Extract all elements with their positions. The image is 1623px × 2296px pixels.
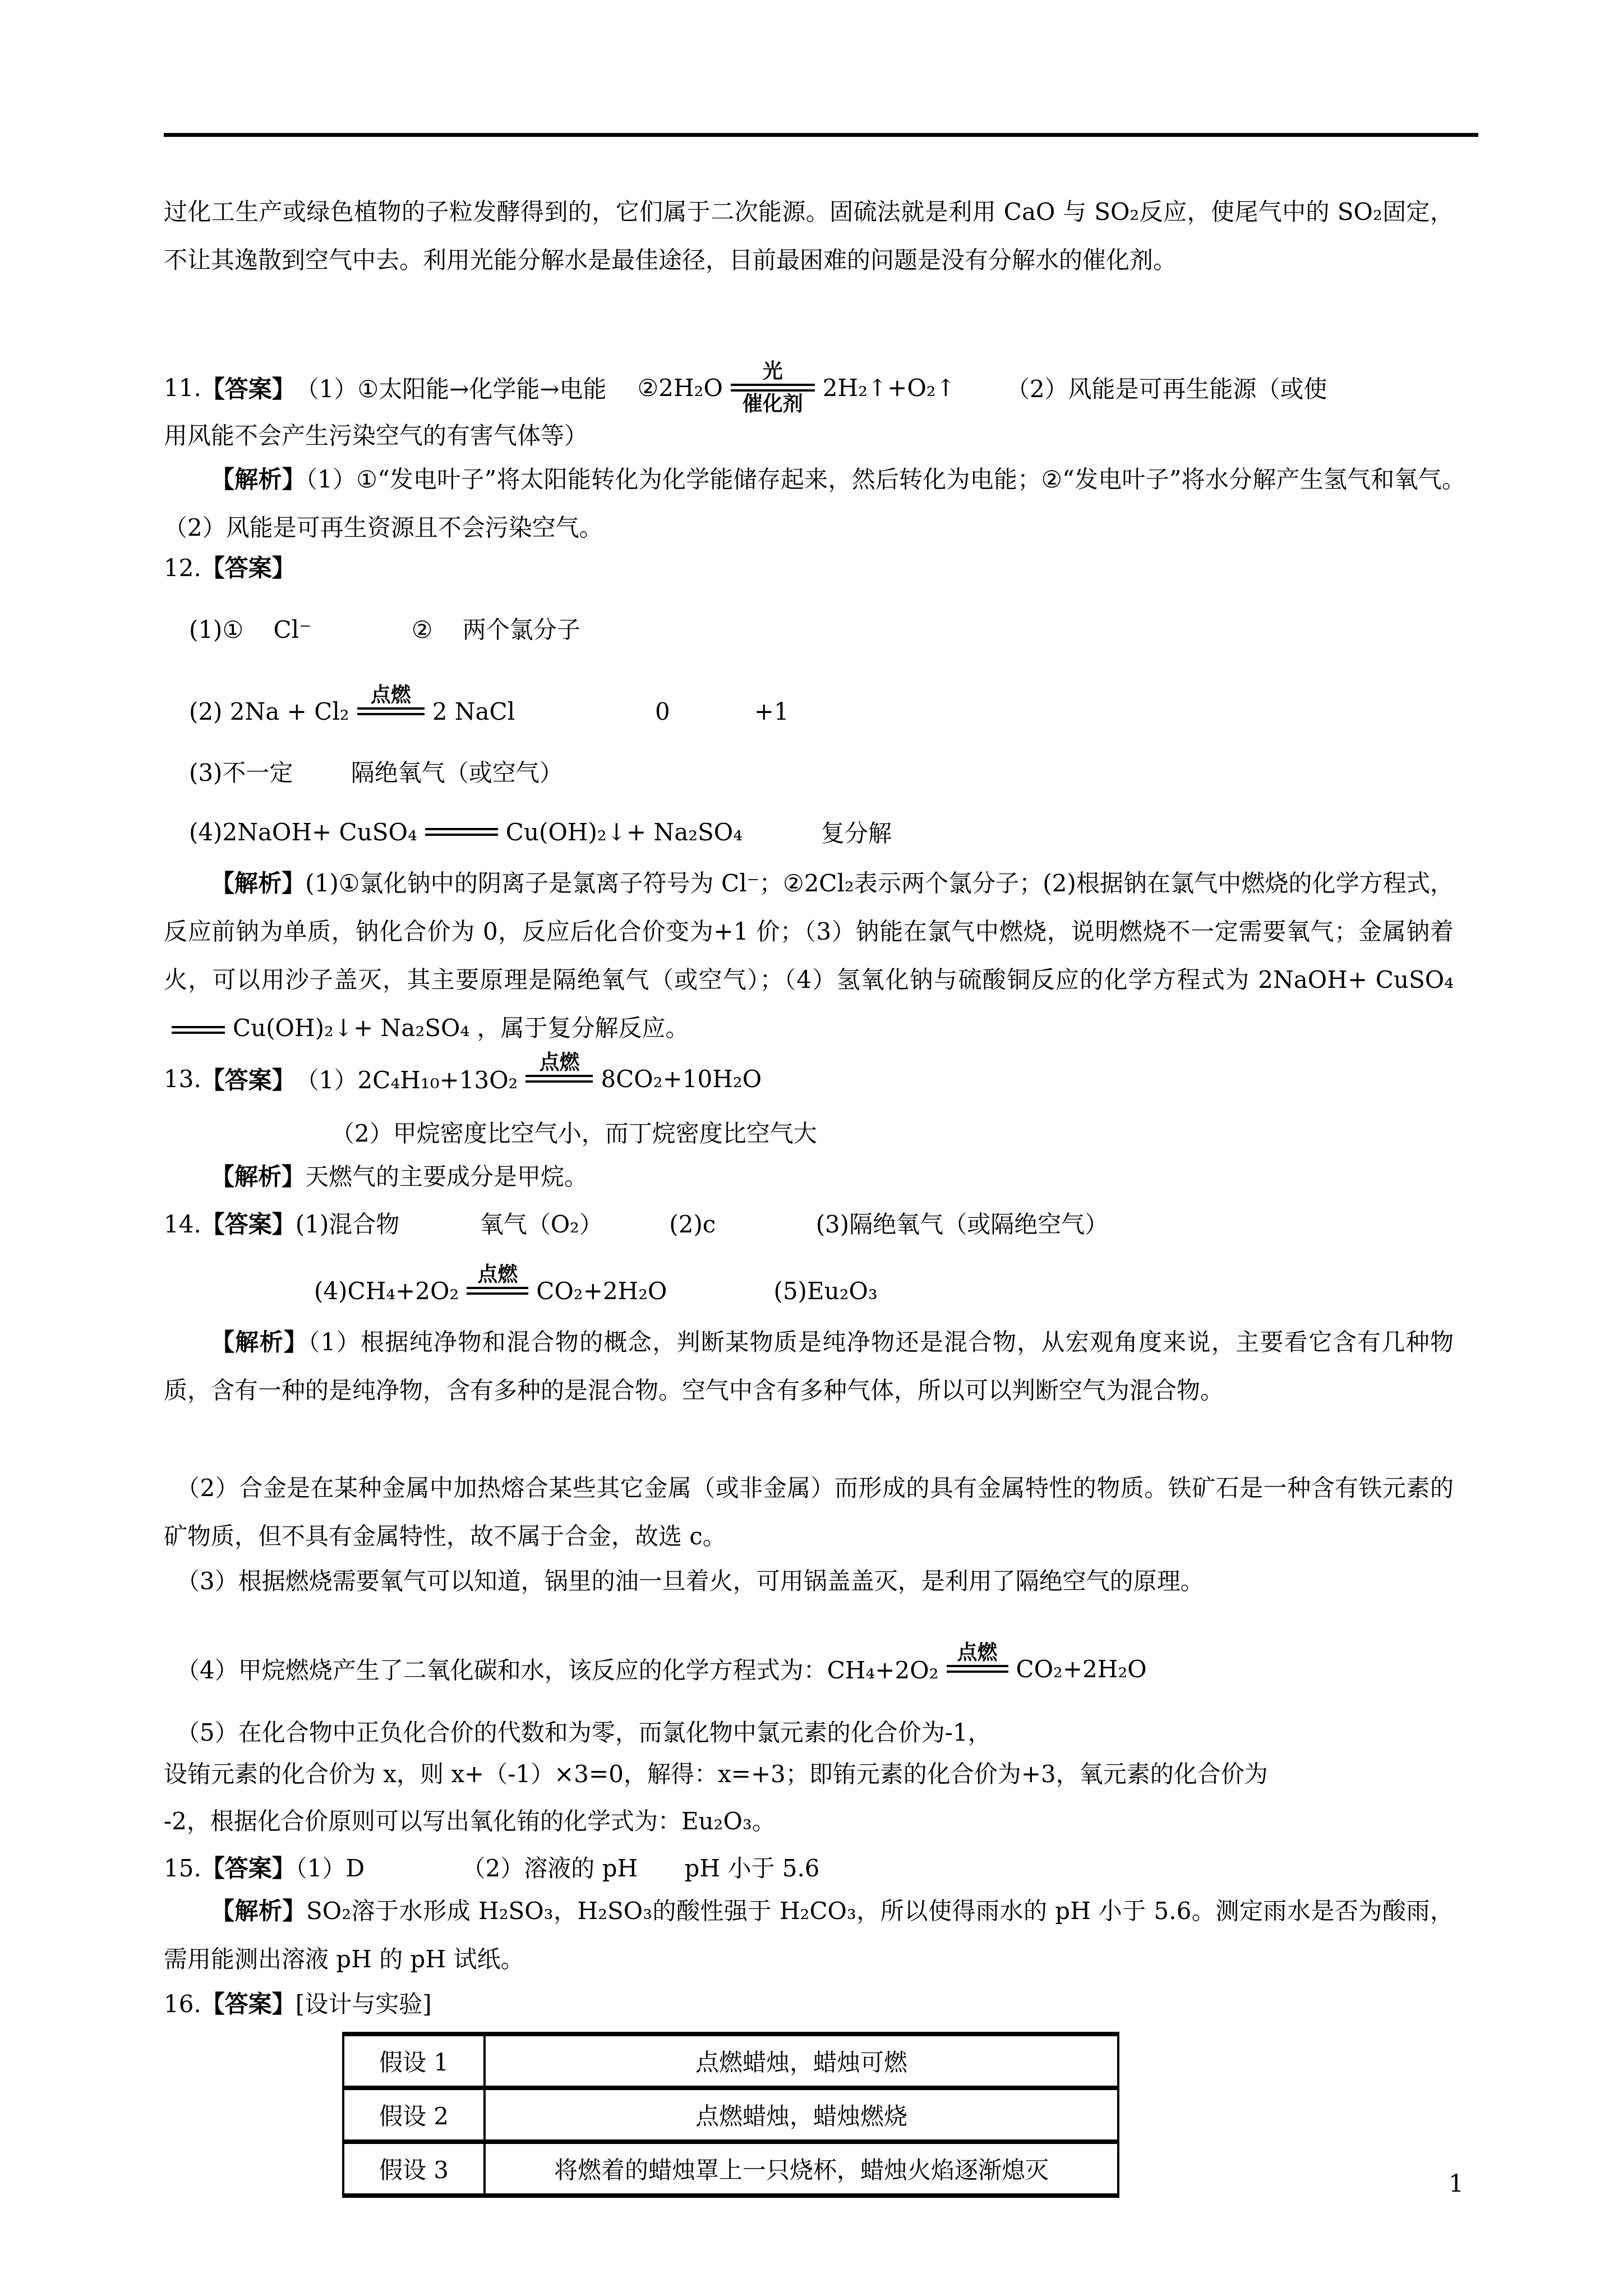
answer-label: 【答案】: [201, 1211, 296, 1238]
q14-analysis-equation-line: （4）甲烷燃烧产生了二氧化碳和水，该反应的化学方程式为：CH₄+2O₂ 点燃 C…: [176, 1645, 1147, 1693]
q12-item2-equation-line: (2) 2Na + Cl₂ 点燃 2 NaCl 0 +1: [189, 687, 789, 735]
q11-equation-rhs: 2H₂↑+O₂↑: [823, 374, 956, 402]
q14-answer-equation-line: (4)CH₄+2O₂ 点燃 CO₂+2H₂O (5)Eu₂O₃: [314, 1267, 878, 1315]
q14-analysis-text1: （1）根据纯净物和混合物的概念，判断某物质是纯净物还是混合物，从宏观角度来说，主…: [164, 1328, 1454, 1404]
answer-key-page: 过化工生产或绿色植物的子粒发酵得到的，它们属于二次能源。固硫法就是利用 CaO …: [0, 0, 1623, 2296]
analysis-label: 【解析】: [211, 869, 305, 897]
q13-analysis-line: 【解析】天燃气的主要成分是甲烷。: [211, 1153, 588, 1201]
q14-number: 14.: [164, 1211, 201, 1238]
reaction-equals: 点燃: [947, 1665, 1008, 1673]
q12-item1-ion: Cl⁻: [274, 616, 312, 643]
double-bar: [357, 707, 425, 715]
hypotheses-table-body: 假设 1 点燃蜡烛，蜡烛可燃 假设 2 点燃蜡烛，蜡烛燃烧 假设 3 将燃着的蜡…: [343, 2034, 1118, 2196]
q12-item2-oxidation1: 0: [655, 698, 670, 725]
q16-header-line: 16.【答案】[设计与实验]: [164, 1980, 432, 2028]
hypotheses-table: 假设 1 点燃蜡烛，蜡烛可燃 假设 2 点燃蜡烛，蜡烛燃烧 假设 3 将燃着的蜡…: [342, 2032, 1119, 2198]
q12-number: 12.: [164, 554, 201, 582]
double-bar: [425, 828, 498, 836]
q11-equation-lhs: ②2H₂O: [638, 374, 723, 402]
q12-item3-a: (3)不一定: [189, 759, 293, 786]
q12-analysis-text1: (1)①氯化钠中的阴离子是氯离子符号为 Cl⁻；②2Cl₂表示两个氯分子；(2)…: [164, 869, 1454, 993]
q12-item1-line: (1)① Cl⁻ ② 两个氯分子: [189, 606, 580, 654]
q15-analysis-text: SO₂溶于水形成 H₂SO₃，H₂SO₃的酸性强于 H₂CO₃，所以使得雨水的 …: [164, 1897, 1454, 1973]
answer-label: 【答案】: [201, 554, 296, 582]
reaction-equals: 点燃: [525, 1075, 593, 1083]
q15-answer3: pH 小于 5.6: [685, 1855, 820, 1882]
q12-item1-text: 两个氯分子: [463, 616, 580, 643]
condition-light-label: 光: [763, 361, 783, 381]
q14-equation-lhs: (4)CH₄+2O₂: [314, 1277, 459, 1305]
q13-answer2-line: （2）甲烷密度比空气小，而丁烷密度比空气大: [331, 1110, 817, 1158]
q14-answer-line1: 14.【答案】(1)混合物 氧气（O₂） (2)c (3)隔绝氧气（或隔绝空气）: [164, 1200, 1108, 1249]
hypothesis-label-cell: 假设 1: [343, 2034, 485, 2088]
condition-ignite-label: 点燃: [477, 1264, 518, 1285]
q12-item2-oxidation2: +1: [754, 698, 789, 725]
page-number: 1: [1374, 2164, 1464, 2203]
header-rule: [164, 133, 1478, 137]
q11-analysis-text: （1）①“发电叶子”将太阳能转化为化学能储存起来，然后转化为电能；②“发电叶子”…: [164, 466, 1501, 541]
q12-item1-no: (1)①: [189, 616, 243, 643]
q12-item2-rhs: 2 NaCl: [432, 698, 515, 725]
reaction-equals: 点燃: [357, 707, 425, 715]
q11-answer-line: 11. 【答案】 （1）①太阳能→化学能→电能 ②2H₂O 光 催化剂 2H₂↑…: [164, 364, 1327, 412]
answer-label: 【答案】: [201, 371, 296, 404]
q12-item3-line: (3)不一定 隔绝氧气（或空气）: [189, 749, 563, 797]
q12-item4-reaction-type: 复分解: [821, 815, 892, 849]
q12-item4-rhs: Cu(OH)₂↓+ Na₂SO₄: [506, 818, 743, 846]
q16-section-label: [设计与实验]: [296, 1990, 432, 2018]
q13-analysis-text: 天燃气的主要成分是甲烷。: [305, 1163, 588, 1190]
q14-analysis4-lhs: （4）甲烷燃烧产生了二氧化碳和水，该反应的化学方程式为：CH₄+2O₂: [176, 1652, 939, 1686]
hypothesis-content-cell: 点燃蜡烛，蜡烛燃烧: [485, 2088, 1118, 2142]
hypothesis-label-cell: 假设 2: [343, 2088, 485, 2142]
q11-analysis-paragraph: 【解析】（1）①“发电叶子”将太阳能转化为化学能储存起来，然后转化为电能；②“发…: [164, 455, 1454, 552]
q14-analysis-paragraph5c: -2，根据化合价原则可以写出氧化铕的化学式为：Eu₂O₃。: [164, 1797, 776, 1846]
condition-catalyst-label: 催化剂: [743, 394, 803, 414]
table-row: 假设 1 点燃蜡烛，蜡烛可燃: [343, 2034, 1118, 2088]
q12-item4-equation-line: (4)2NaOH+ CuSO₄ Cu(OH)₂↓+ Na₂SO₄ 复分解: [189, 808, 892, 856]
q15-answer-line: 15.【答案】（1）D （2）溶液的 pH pH 小于 5.6: [164, 1844, 820, 1893]
analysis-label: 【解析】: [211, 466, 306, 493]
q11-number: 11.: [164, 374, 201, 402]
q14-answer1: (1)混合物: [296, 1211, 400, 1238]
analysis-label: 【解析】: [211, 1897, 306, 1925]
double-bar-inline: [172, 1026, 225, 1034]
condition-ignite-label: 点燃: [371, 685, 411, 705]
q12-item1-no2: ②: [412, 616, 433, 643]
analysis-label: 【解析】: [211, 1328, 308, 1356]
double-bar: [731, 384, 815, 392]
hypothesis-label-cell: 假设 3: [343, 2142, 485, 2196]
q12-item3-b: 隔绝氧气（或空气）: [351, 759, 563, 786]
q11-answer-part1: （1）①太阳能→化学能→电能: [296, 371, 607, 404]
q14-analysis-paragraph3: （3）根据燃烧需要氧气可以知道，锅里的油一旦着火，可用锅盖盖灭，是利用了隔绝空气…: [164, 1557, 1454, 1605]
q12-item2-lhs: (2) 2Na + Cl₂: [189, 698, 349, 725]
double-bar: [467, 1287, 528, 1295]
double-bar: [947, 1665, 1008, 1673]
intro-paragraph: 过化工生产或绿色植物的子粒发酵得到的，它们属于二次能源。固硫法就是利用 CaO …: [164, 188, 1454, 284]
q12-header-line: 12.【答案】: [164, 544, 296, 592]
answer-label: 【答案】: [201, 1062, 296, 1096]
condition-ignite-label: 点燃: [539, 1052, 579, 1073]
q13-equation-lhs: （1）2C₄H₁₀+13O₂: [296, 1062, 518, 1096]
q15-number: 15.: [164, 1855, 201, 1882]
hypothesis-content-cell: 点燃蜡烛，蜡烛可燃: [485, 2034, 1118, 2088]
table-row: 假设 3 将燃着的蜡烛罩上一只烧杯，蜡烛火焰逐渐熄灭: [343, 2142, 1118, 2196]
q13-equation-rhs: 8CO₂+10H₂O: [601, 1065, 762, 1093]
q14-answer2: (2)c: [669, 1211, 716, 1238]
q14-equation-rhs: CO₂+2H₂O: [536, 1277, 667, 1305]
q13-number: 13.: [164, 1065, 201, 1093]
q15-answer1: （1）D: [296, 1855, 365, 1882]
analysis-label: 【解析】: [211, 1163, 305, 1190]
q14-answer5: (5)Eu₂O₃: [774, 1277, 878, 1305]
q12-analysis-text2: Cu(OH)₂↓+ Na₂SO₄ ，属于复分解反应。: [233, 1014, 689, 1042]
q14-analysis-paragraph1: 【解析】（1）根据纯净物和混合物的概念，判断某物质是纯净物还是混合物，从宏观角度…: [164, 1318, 1454, 1415]
answer-label: 【答案】: [201, 1855, 296, 1882]
q12-analysis-paragraph: 【解析】(1)①氯化钠中的阴离子是氯离子符号为 Cl⁻；②2Cl₂表示两个氯分子…: [164, 859, 1454, 1052]
hypothesis-content-cell: 将燃着的蜡烛罩上一只烧杯，蜡烛火焰逐渐熄灭: [485, 2142, 1118, 2196]
q13-answer-equation-line: 13. 【答案】 （1）2C₄H₁₀+13O₂ 点燃 8CO₂+10H₂O: [164, 1055, 762, 1103]
reaction-equals: 点燃: [467, 1287, 528, 1295]
double-bar: [525, 1075, 593, 1083]
q12-item4-lhs: (4)2NaOH+ CuSO₄: [189, 818, 417, 846]
q14-answer3: (3)隔绝氧气（或隔绝空气）: [816, 1211, 1109, 1238]
q14-answer1b: 氧气（O₂）: [480, 1211, 603, 1238]
table-row: 假设 2 点燃蜡烛，蜡烛燃烧: [343, 2088, 1118, 2142]
q14-analysis4-rhs: CO₂+2H₂O: [1016, 1655, 1147, 1683]
answer-label: 【答案】: [201, 1990, 296, 2018]
q16-number: 16.: [164, 1990, 201, 2018]
q15-answer2: （2）溶液的 pH: [462, 1855, 638, 1882]
condition-ignite-label: 点燃: [957, 1642, 998, 1663]
q11-answer-wrap-line: 用风能不会产生污染空气的有害气体等）: [164, 412, 588, 460]
q15-analysis-paragraph: 【解析】SO₂溶于水形成 H₂SO₃，H₂SO₃的酸性强于 H₂CO₃，所以使得…: [164, 1887, 1454, 1984]
q14-analysis-paragraph2: （2）合金是在某种金属中加热熔合某些其它金属（或非金属）而形成的具有金属特性的物…: [164, 1464, 1454, 1561]
q14-analysis-paragraph5b: 设铕元素的化合价为 x，则 x+（-1）×3=0，解得：x=+3；即铕元素的化合…: [164, 1750, 1268, 1798]
reaction-equals: 光 催化剂: [731, 384, 815, 392]
q11-answer-part2: （2）风能是可再生能源（或使: [1006, 371, 1327, 404]
